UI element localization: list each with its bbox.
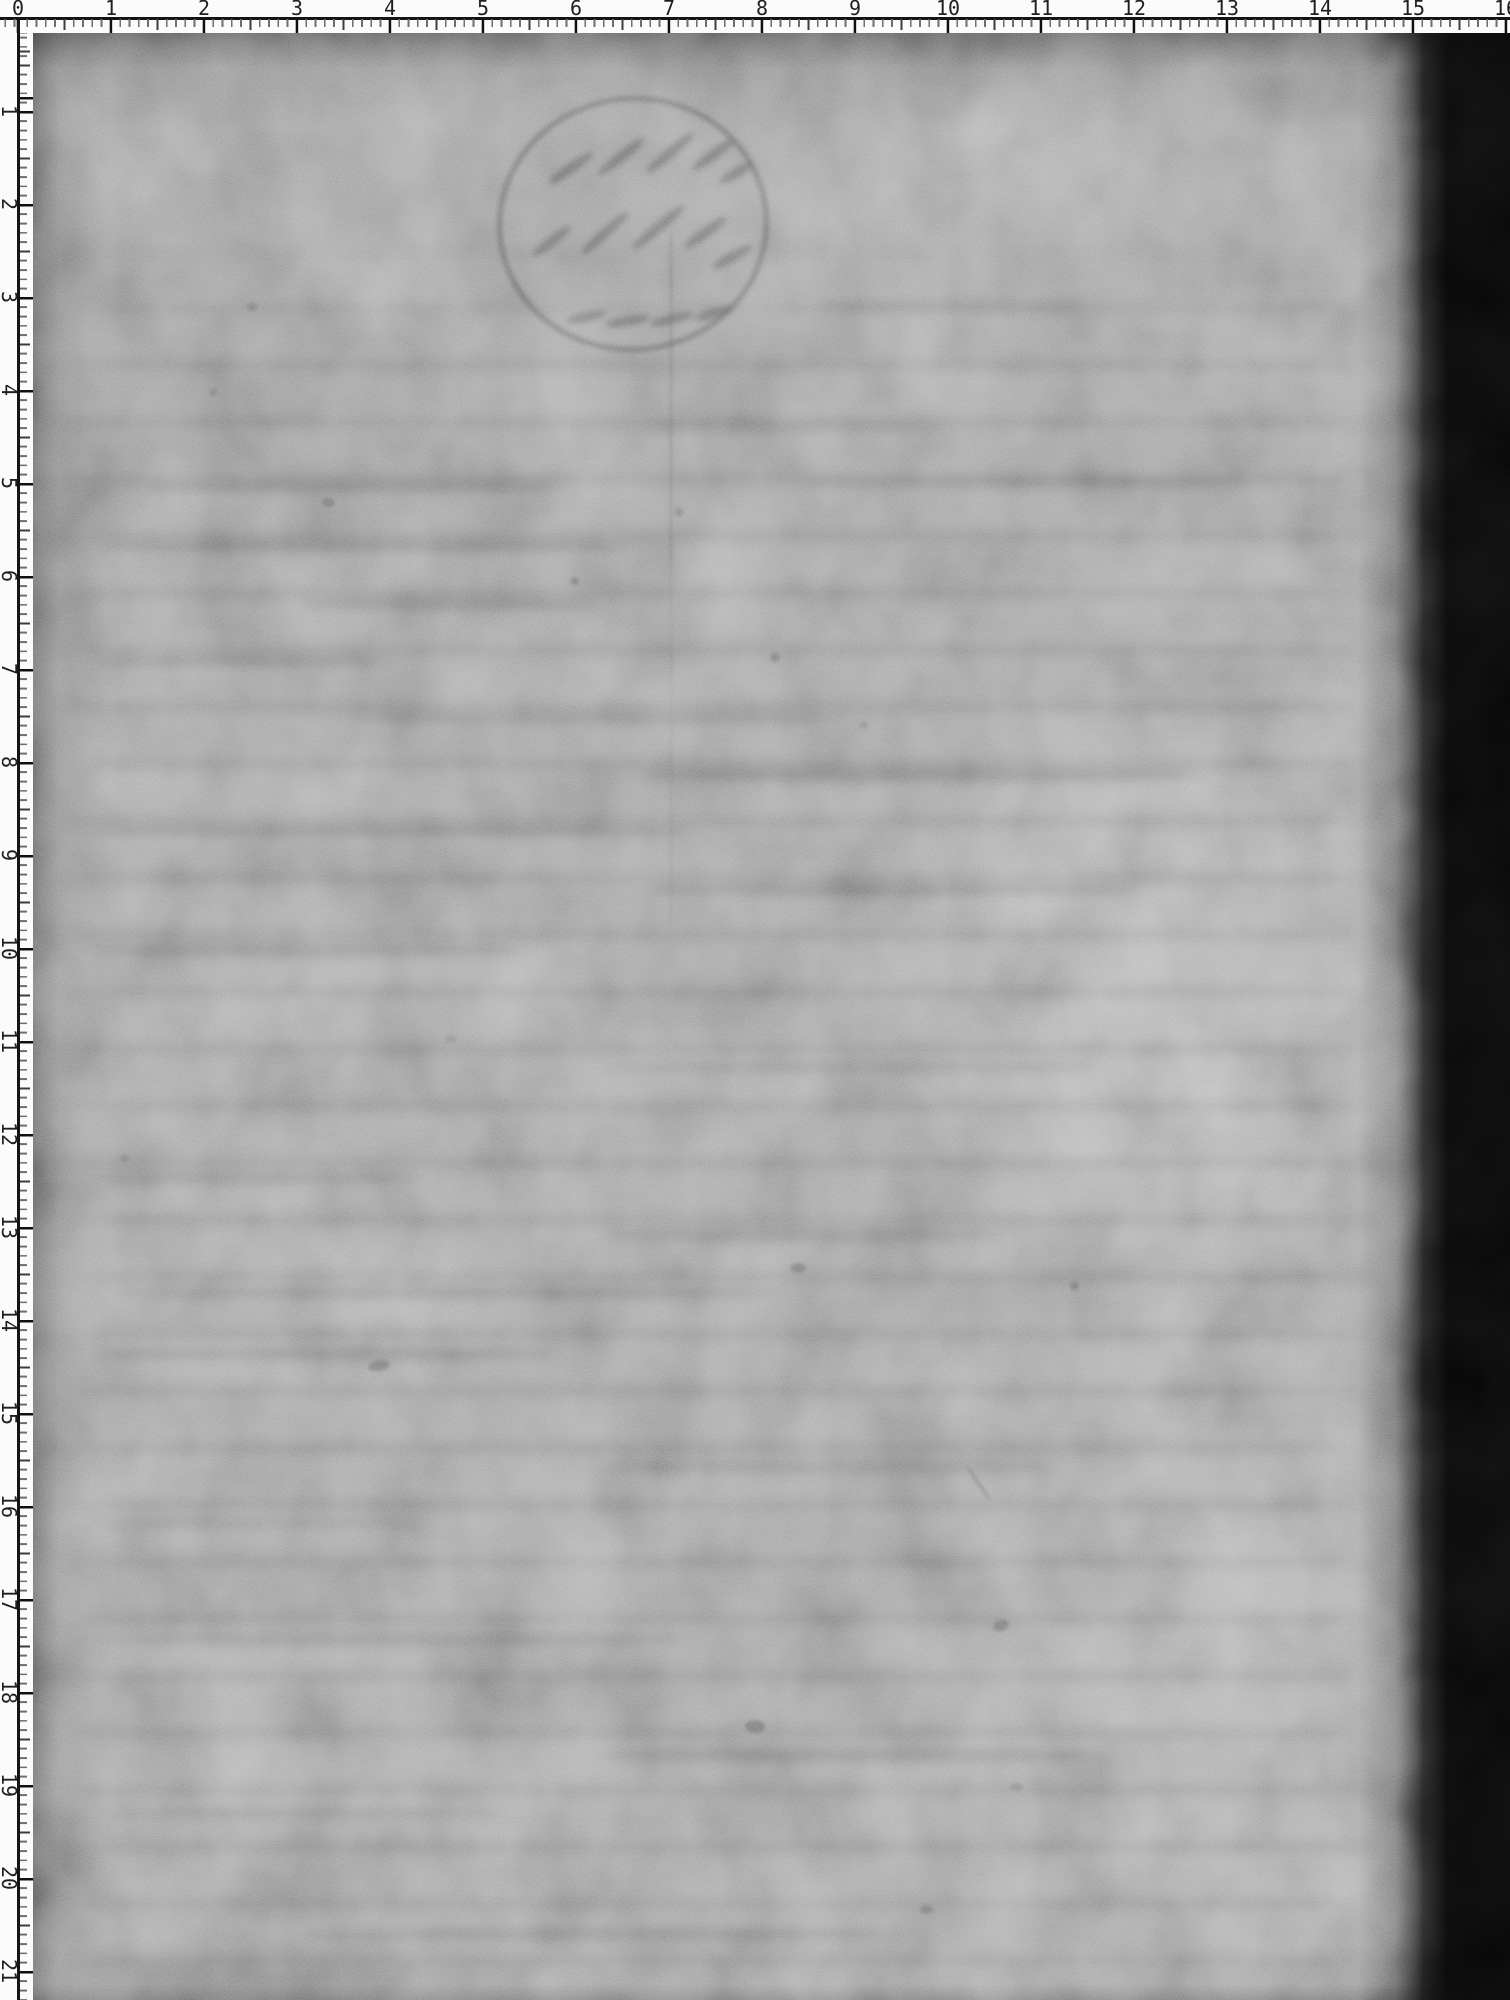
bleedthrough-smudge	[300, 1928, 900, 1940]
bleedthrough-smudge	[350, 712, 850, 724]
paper-speck	[770, 653, 780, 662]
ruler-number: 8	[732, 0, 792, 17]
ruler-number: 15	[1383, 0, 1443, 17]
bleedthrough-smudge	[95, 1348, 555, 1360]
vertical-crease-faint	[670, 565, 672, 925]
ruler-number: 1	[81, 0, 141, 17]
ruler-number: 4	[360, 0, 420, 17]
bleedthrough-smudge	[600, 1062, 1100, 1072]
ruler-horizontal-major-ticks	[0, 19, 1510, 33]
ruler-number: 16	[1476, 0, 1510, 17]
bleedthrough-lines-mask	[33, 33, 1510, 2000]
scan-viewport: 012345678910111213141516 123456789101112…	[0, 0, 1510, 2000]
paper-speck	[570, 577, 579, 585]
ruler-number: 3	[267, 0, 327, 17]
bleedthrough-smudge	[300, 597, 600, 611]
ruler-number: 1	[0, 91, 18, 131]
ruler-number: 15	[0, 1393, 18, 1433]
bleedthrough-smudge	[95, 1518, 425, 1528]
ruler-number: 11	[1011, 0, 1071, 17]
bleedthrough-smudge	[95, 540, 635, 552]
bleedthrough-smudge	[95, 826, 695, 836]
ruler-number: 21	[0, 1951, 18, 1991]
ruler-number: 3	[0, 277, 18, 317]
ruler-number: 2	[0, 184, 18, 224]
ruler-number: 5	[0, 463, 18, 503]
paper-speck	[1010, 1783, 1023, 1791]
bleedthrough-smudge	[110, 1288, 790, 1298]
paper-speck	[247, 303, 257, 311]
ruler-number: 10	[918, 0, 978, 17]
ruler-number: 2	[174, 0, 234, 17]
ruler-number: 20	[0, 1858, 18, 1898]
paper-speck	[1070, 1282, 1079, 1290]
paper-speck	[120, 1155, 129, 1162]
bleedthrough-smudge	[600, 1460, 1050, 1474]
ruler-number: 18	[0, 1672, 18, 1712]
ruler-number: 12	[1104, 0, 1164, 17]
bleedthrough-smudge	[95, 943, 525, 957]
ruler-number: 6	[546, 0, 606, 17]
bleedthrough-smudge	[140, 482, 560, 492]
bleedthrough-smudge	[820, 300, 1080, 312]
bleedthrough-smudge	[95, 1808, 505, 1818]
bleedthrough-smudge	[95, 1172, 425, 1184]
ruler-number: 6	[0, 556, 18, 596]
paper-speck	[745, 1720, 765, 1733]
paper-speck	[445, 1035, 456, 1043]
bleedthrough-smudge	[95, 1633, 695, 1645]
ruler-number: 8	[0, 742, 18, 782]
ruler-number: 11	[0, 1021, 18, 1061]
bleedthrough-smudge	[640, 768, 1200, 782]
ruler-number: 14	[0, 1300, 18, 1340]
ruler-number: 13	[0, 1207, 18, 1247]
ruler-number: 4	[0, 370, 18, 410]
bleedthrough-smudge	[95, 656, 385, 666]
ruler-number: 17	[0, 1579, 18, 1619]
ruler-number: 7	[0, 649, 18, 689]
ruler-number: 12	[0, 1114, 18, 1154]
bleedthrough-smudge	[640, 420, 940, 434]
ruler-number: 7	[639, 0, 699, 17]
bleedthrough-text-lines	[33, 33, 1510, 2000]
ruler-horizontal: 012345678910111213141516	[0, 0, 1510, 33]
bleedthrough-smudge	[800, 478, 1250, 488]
ruler-number: 10	[0, 928, 18, 968]
ruler-number: 19	[0, 1765, 18, 1805]
paper-speck	[675, 508, 683, 516]
ruler-number: 14	[1290, 0, 1350, 17]
bleedthrough-smudge	[600, 1228, 1000, 1242]
paper-speck	[209, 389, 217, 396]
ruler-number: 5	[453, 0, 513, 17]
bleedthrough-smudge	[640, 884, 1140, 896]
ruler-number: 16	[0, 1486, 18, 1526]
ruler-vertical-numbers: 123456789101112131415161718192021	[0, 0, 33, 2000]
ruler-number: 13	[1197, 0, 1257, 17]
scanned-page	[33, 33, 1510, 2000]
paper-speck	[790, 1263, 806, 1273]
paper-speck	[322, 498, 335, 507]
ruler-number: 9	[0, 835, 18, 875]
paper-speck	[860, 722, 868, 728]
bleedthrough-smudge	[600, 1748, 1100, 1762]
ruler-number: 9	[825, 0, 885, 17]
paper-speck	[920, 1905, 933, 1914]
